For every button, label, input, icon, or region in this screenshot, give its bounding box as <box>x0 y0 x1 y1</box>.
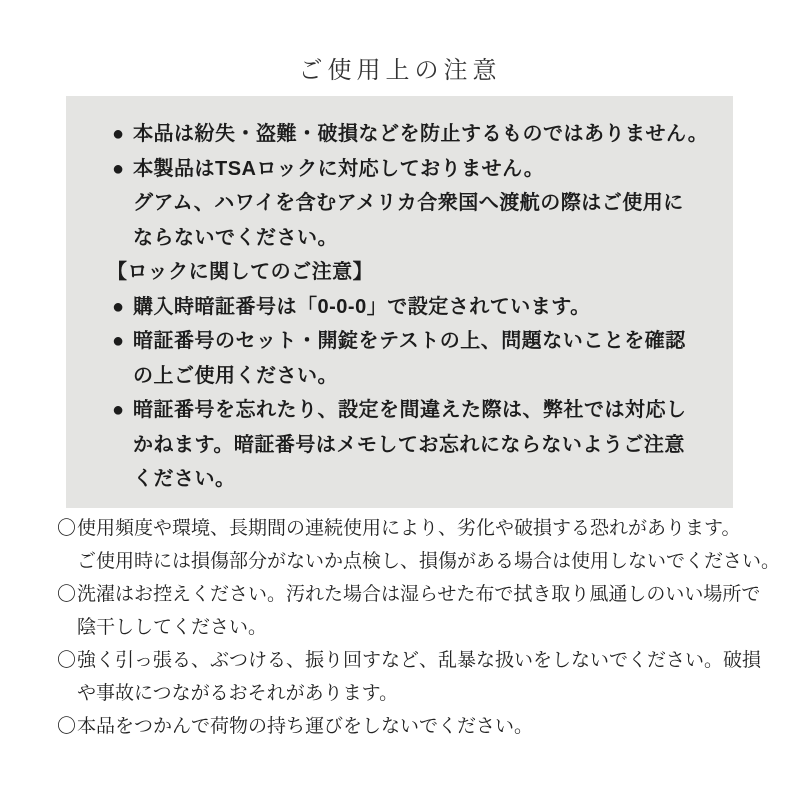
notice-line-continuation: グアム、ハワイを含むアメリカ合衆国へ渡航の際はご使用に <box>66 186 733 221</box>
notice-line-text: 暗証番号を忘れたり、設定を間違えた際は、弊社では対応し <box>133 393 687 428</box>
notice-line-text: かねます。暗証番号はメモしてお忘れにならないようご注意 <box>133 428 685 463</box>
filled-bullet-icon: ● <box>112 290 133 325</box>
usage-precautions-page: ご使用上の注意 ● 本品は紛失・盗難・破損などを防止するものではありません。 ●… <box>0 0 800 800</box>
care-note-line: 〇 洗濯はお控えください。汚れた場合は湿らせた布で拭き取り風通しのいい場所で <box>57 578 787 611</box>
notice-line-text: ください。 <box>133 462 236 497</box>
care-notes-list: 〇 使用頻度や環境、長期間の連続使用により、劣化や破損する恐れがあります。 ご使… <box>57 512 787 743</box>
notice-line-text: ならないでください。 <box>133 221 338 256</box>
page-title: ご使用上の注意 <box>0 50 800 85</box>
indent-spacer <box>112 186 133 221</box>
notice-line-text: 暗証番号のセット・開錠をテストの上、問題ないことを確認 <box>133 324 686 359</box>
care-note-line: 〇 本品をつかんで荷物の持ち運びをしないでください。 <box>57 710 787 743</box>
notice-line: ● 購入時暗証番号は「0-0-0」で設定されています。 <box>66 290 733 325</box>
open-circle-bullet-icon: 〇 <box>57 710 77 743</box>
open-circle-bullet-icon: 〇 <box>57 644 77 677</box>
care-note-text: 使用頻度や環境、長期間の連続使用により、劣化や破損する恐れがあります。 <box>77 512 740 545</box>
notice-line-text: の上ご使用ください。 <box>133 359 338 394</box>
filled-bullet-icon: ● <box>112 324 133 359</box>
indent-spacer <box>57 611 77 644</box>
notice-line: ● 本品は紛失・盗難・破損などを防止するものではありません。 <box>66 117 733 152</box>
open-circle-bullet-icon: 〇 <box>57 578 77 611</box>
indent-spacer <box>57 677 77 710</box>
filled-bullet-icon: ● <box>112 393 133 428</box>
care-note-text: 洗濯はお控えください。汚れた場合は湿らせた布で拭き取り風通しのいい場所で <box>77 578 760 611</box>
notice-line-text: 購入時暗証番号は「0-0-0」で設定されています。 <box>133 290 591 325</box>
indent-spacer <box>112 462 133 497</box>
care-note-text: ご使用時には損傷部分がないか点検し、損傷がある場合は使用しないでください。 <box>77 545 780 578</box>
care-note-line-continuation: や事故につながるおそれがあります。 <box>57 677 787 710</box>
care-note-text: 本品をつかんで荷物の持ち運びをしないでください。 <box>77 710 533 743</box>
indent-spacer <box>57 545 77 578</box>
notice-line-continuation: の上ご使用ください。 <box>66 359 733 394</box>
filled-bullet-icon: ● <box>112 152 133 187</box>
notice-line-continuation: ならないでください。 <box>66 221 733 256</box>
care-note-line-continuation: ご使用時には損傷部分がないか点検し、損傷がある場合は使用しないでください。 <box>57 545 787 578</box>
notice-line-text: 本品は紛失・盗難・破損などを防止するものではありません。 <box>133 117 708 152</box>
indent-spacer <box>112 221 133 256</box>
care-note-line: 〇 強く引っ張る、ぶつける、振り回すなど、乱暴な扱いをしないでください。破損 <box>57 644 787 677</box>
open-circle-bullet-icon: 〇 <box>57 512 77 545</box>
notice-line-text: 本製品はTSAロックに対応しておりません。 <box>133 152 544 187</box>
care-note-text: や事故につながるおそれがあります。 <box>77 677 398 710</box>
notice-line: ● 暗証番号のセット・開錠をテストの上、問題ないことを確認 <box>66 324 733 359</box>
care-note-line-continuation: 陰干ししてください。 <box>57 611 787 644</box>
care-note-text: 陰干ししてください。 <box>77 611 267 644</box>
indent-spacer <box>112 359 133 394</box>
notice-line-text: 【ロックに関してのご注意】 <box>107 255 373 290</box>
care-note-text: 強く引っ張る、ぶつける、振り回すなど、乱暴な扱いをしないでください。破損 <box>77 644 761 677</box>
notice-line-continuation: かねます。暗証番号はメモしてお忘れにならないようご注意 <box>66 428 733 463</box>
notice-line-text: グアム、ハワイを含むアメリカ合衆国へ渡航の際はご使用に <box>133 186 684 221</box>
notice-line: ● 本製品はTSAロックに対応しておりません。 <box>66 152 733 187</box>
care-note-line: 〇 使用頻度や環境、長期間の連続使用により、劣化や破損する恐れがあります。 <box>57 512 787 545</box>
lock-notice-subheading: 【ロックに関してのご注意】 <box>66 255 733 290</box>
filled-bullet-icon: ● <box>112 117 133 152</box>
lock-notice-box: ● 本品は紛失・盗難・破損などを防止するものではありません。 ● 本製品はTSA… <box>66 96 733 508</box>
indent-spacer <box>112 428 133 463</box>
notice-line-continuation: ください。 <box>66 462 733 497</box>
notice-line: ● 暗証番号を忘れたり、設定を間違えた際は、弊社では対応し <box>66 393 733 428</box>
